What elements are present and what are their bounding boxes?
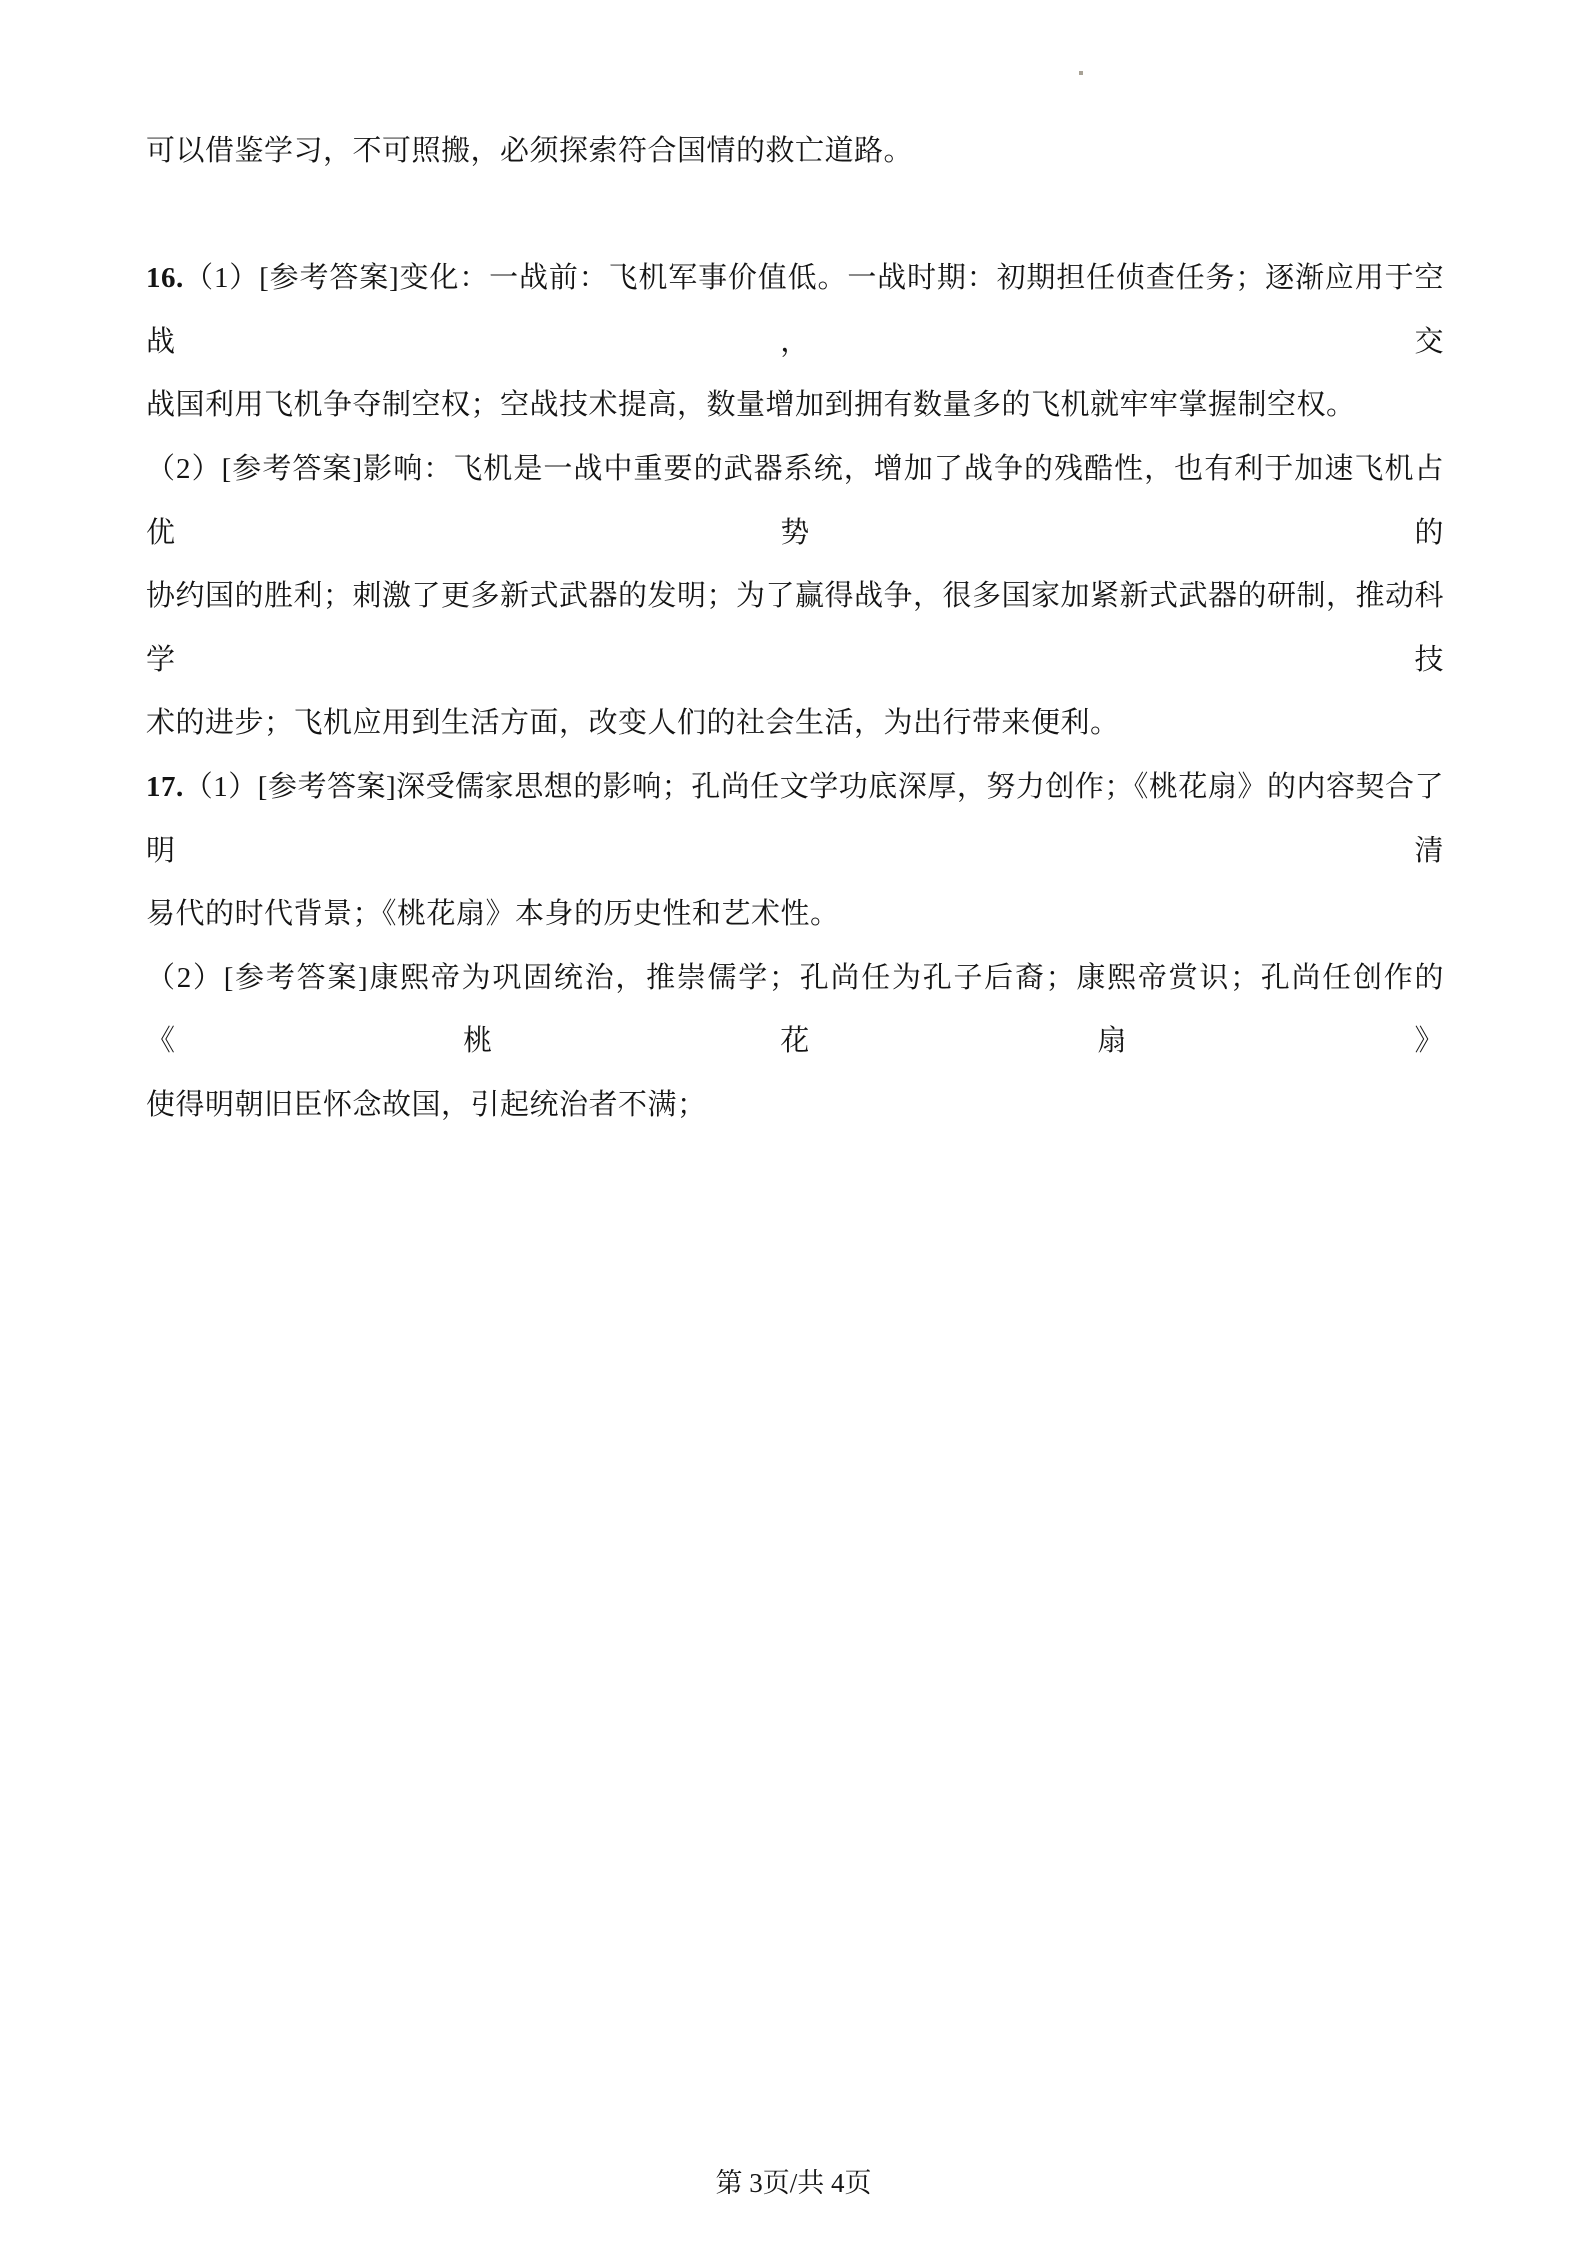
tiny-dot-artifact (1079, 71, 1083, 75)
line-text: 易代的时代背景；《桃花扇》本身的历史性和艺术性。 (146, 898, 840, 930)
question-number-16: 16. (146, 262, 184, 294)
blank-line (146, 184, 1444, 248)
line-16-2-b: 协约国的胜利；刺激了更多新式武器的发明；为了赢得战争，很多国家加紧新式武器的研制… (146, 565, 1444, 692)
page-number-footer: 第 3页/共 4页 (0, 2163, 1587, 2203)
question-number-17: 17. (146, 771, 184, 803)
line-text: （2）[参考答案]影响：飞机是一战中重要的武器系统，增加了战争的残酷性，也有利于… (146, 453, 1444, 549)
line-text: 术的进步；飞机应用到生活方面，改变人们的社会生活，为出行带来便利。 (146, 707, 1120, 739)
answers-text-block: 可以借鉴学习，不可照搬，必须探索符合国情的救亡道路。 16.（1）[参考答案]变… (146, 120, 1444, 1138)
line-text: 协约国的胜利；刺激了更多新式武器的发明；为了赢得战争，很多国家加紧新式武器的研制… (146, 580, 1444, 676)
line-continuation-15: 可以借鉴学习，不可照搬，必须探索符合国情的救亡道路。 (146, 120, 1444, 184)
line-text: 使得明朝旧臣怀念故国，引起统治者不满； (146, 1089, 707, 1121)
line-16-2-a: （2）[参考答案]影响：飞机是一战中重要的武器系统，增加了战争的残酷性，也有利于… (146, 438, 1444, 565)
answer-sheet-page: 可以借鉴学习，不可照搬，必须探索符合国情的救亡道路。 16.（1）[参考答案]变… (0, 0, 1587, 2245)
line-17-1-a: 17.（1）[参考答案]深受儒家思想的影响；孔尚任文学功底深厚，努力创作；《桃花… (146, 756, 1444, 883)
line-text: 可以借鉴学习，不可照搬，必须探索符合国情的救亡道路。 (146, 135, 913, 167)
line-17-2-b: 使得明朝旧臣怀念故国，引起统治者不满； (146, 1074, 1444, 1138)
line-17-1-b: 易代的时代背景；《桃花扇》本身的历史性和艺术性。 (146, 883, 1444, 947)
line-text: 战国利用飞机争夺制空权；空战技术提高，数量增加到拥有数量多的飞机就牢牢掌握制空权… (146, 389, 1356, 421)
line-16-1-b: 战国利用飞机争夺制空权；空战技术提高，数量增加到拥有数量多的飞机就牢牢掌握制空权… (146, 374, 1444, 438)
line-text: （1）[参考答案]变化：一战前：飞机军事价值低。一战时期：初期担任侦查任务；逐渐… (146, 262, 1444, 358)
line-16-1-a: 16.（1）[参考答案]变化：一战前：飞机军事价值低。一战时期：初期担任侦查任务… (146, 247, 1444, 374)
line-16-2-c: 术的进步；飞机应用到生活方面，改变人们的社会生活，为出行带来便利。 (146, 692, 1444, 756)
line-text: （2）[参考答案]康熙帝为巩固统治，推崇儒学；孔尚任为孔子后裔；康熙帝赏识；孔尚… (146, 962, 1444, 1058)
line-17-2-a: （2）[参考答案]康熙帝为巩固统治，推崇儒学；孔尚任为孔子后裔；康熙帝赏识；孔尚… (146, 947, 1444, 1074)
line-text: （1）[参考答案]深受儒家思想的影响；孔尚任文学功底深厚，努力创作；《桃花扇》的… (146, 771, 1444, 867)
